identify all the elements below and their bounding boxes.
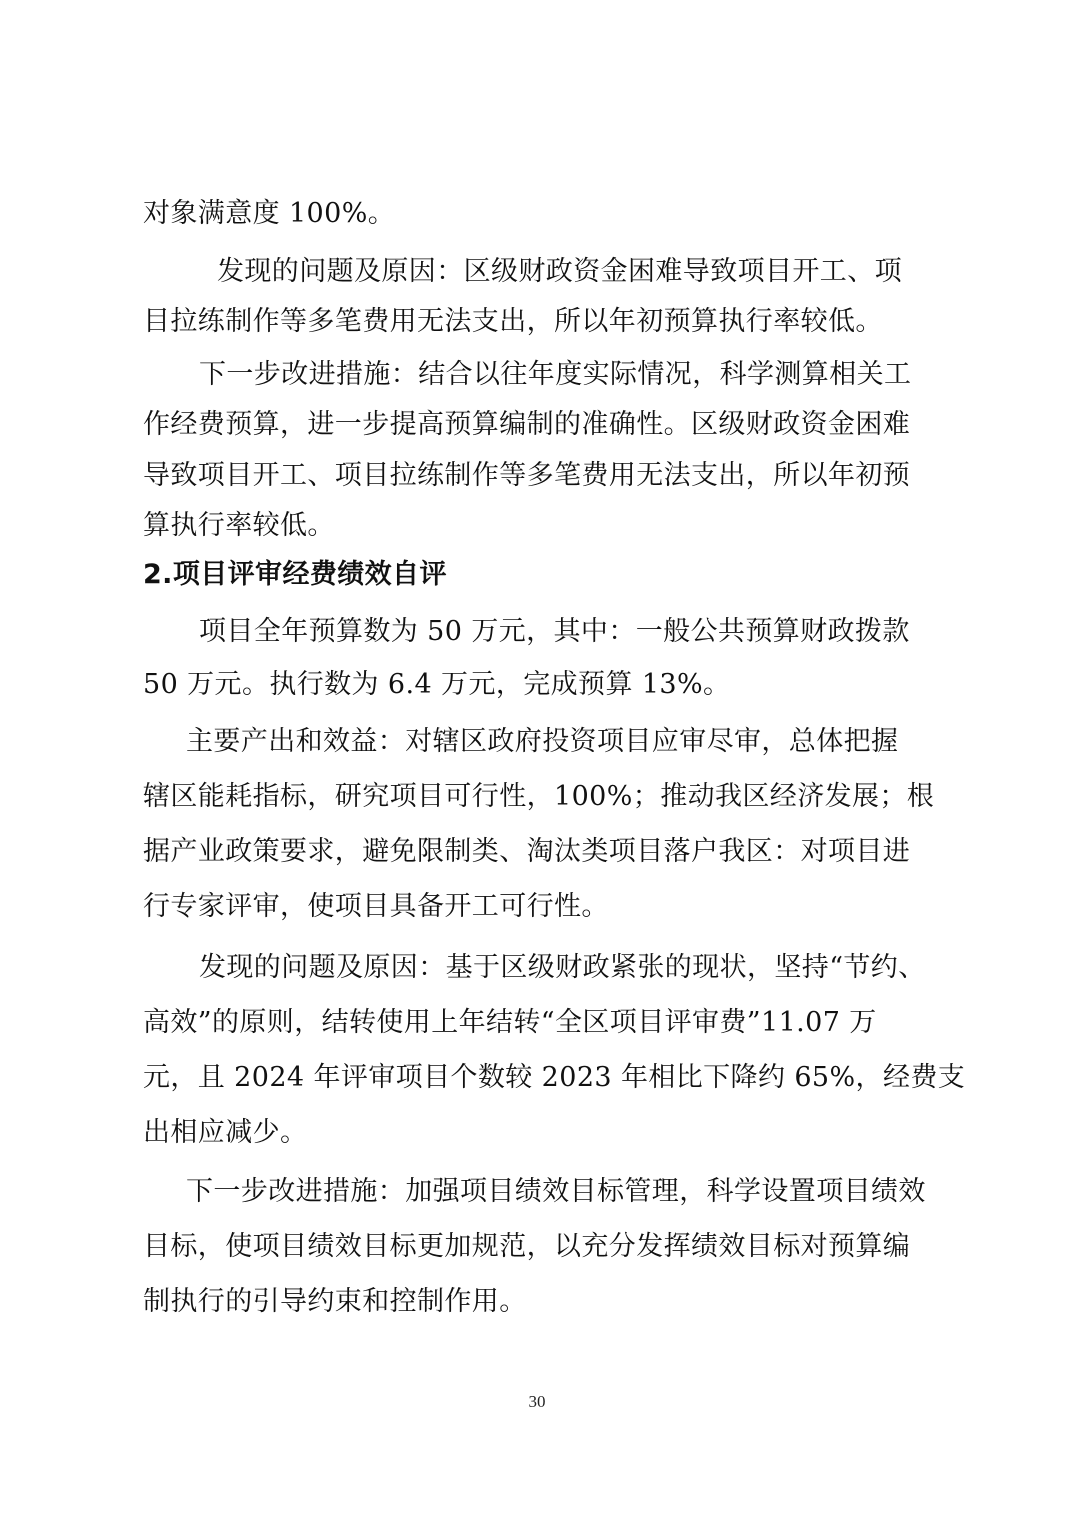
- paragraph-line: 目拉练制作等多笔费用无法支出，所以年初预算执行率较低。: [143, 302, 943, 342]
- paragraph-line: 目标，使项目绩效目标更加规范，以充分发挥绩效目标对预算编: [143, 1227, 943, 1267]
- paragraph-line: 作经费预算，进一步提高预算编制的准确性。区级财政资金困难: [143, 405, 943, 445]
- paragraph-line: 50 万元。执行数为 6.4 万元，完成预算 13%。: [143, 665, 943, 705]
- document-page: 对象满意度 100%。 发现的问题及原因：区级财政资金困难导致项目开工、项 目拉…: [0, 0, 1074, 1520]
- paragraph-line: 据产业政策要求，避免限制类、淘汰类项目落户我区：对项目进: [143, 832, 943, 872]
- paragraph-line: 出相应减少。: [143, 1113, 943, 1153]
- paragraph-line: 行专家评审，使项目具备开工可行性。: [143, 887, 943, 927]
- paragraph-line: 主要产出和效益：对辖区政府投资项目应审尽审，总体把握: [143, 722, 986, 762]
- paragraph-line: 项目全年预算数为 50 万元，其中：一般公共预算财政拨款: [143, 612, 999, 652]
- paragraph-line: 高效”的原则，结转使用上年结转“全区项目评审费”11.07 万: [143, 1003, 943, 1043]
- paragraph-line: 元，且 2024 年评审项目个数较 2023 年相比下降约 65%，经费支: [143, 1058, 943, 1098]
- paragraph-line: 制执行的引导约束和控制作用。: [143, 1282, 943, 1322]
- paragraph-line: 辖区能耗指标，研究项目可行性，100%；推动我区经济发展；根: [143, 777, 943, 817]
- paragraph-line: 下一步改进措施：加强项目绩效目标管理，科学设置项目绩效: [143, 1172, 986, 1212]
- section-heading: 2.项目评审经费绩效自评: [143, 555, 943, 595]
- paragraph-line: 算执行率较低。: [143, 506, 943, 546]
- paragraph-line: 发现的问题及原因：基于区级财政紧张的现状，坚持“节约、: [143, 948, 999, 988]
- paragraph-line: 发现的问题及原因：区级财政资金困难导致项目开工、项: [143, 252, 1017, 292]
- paragraph-line: 导致项目开工、项目拉练制作等多笔费用无法支出，所以年初预: [143, 456, 943, 496]
- page-number: 30: [0, 1392, 1074, 1412]
- paragraph-line: 下一步改进措施：结合以往年度实际情况，科学测算相关工: [143, 355, 999, 395]
- paragraph-line: 对象满意度 100%。: [143, 194, 943, 234]
